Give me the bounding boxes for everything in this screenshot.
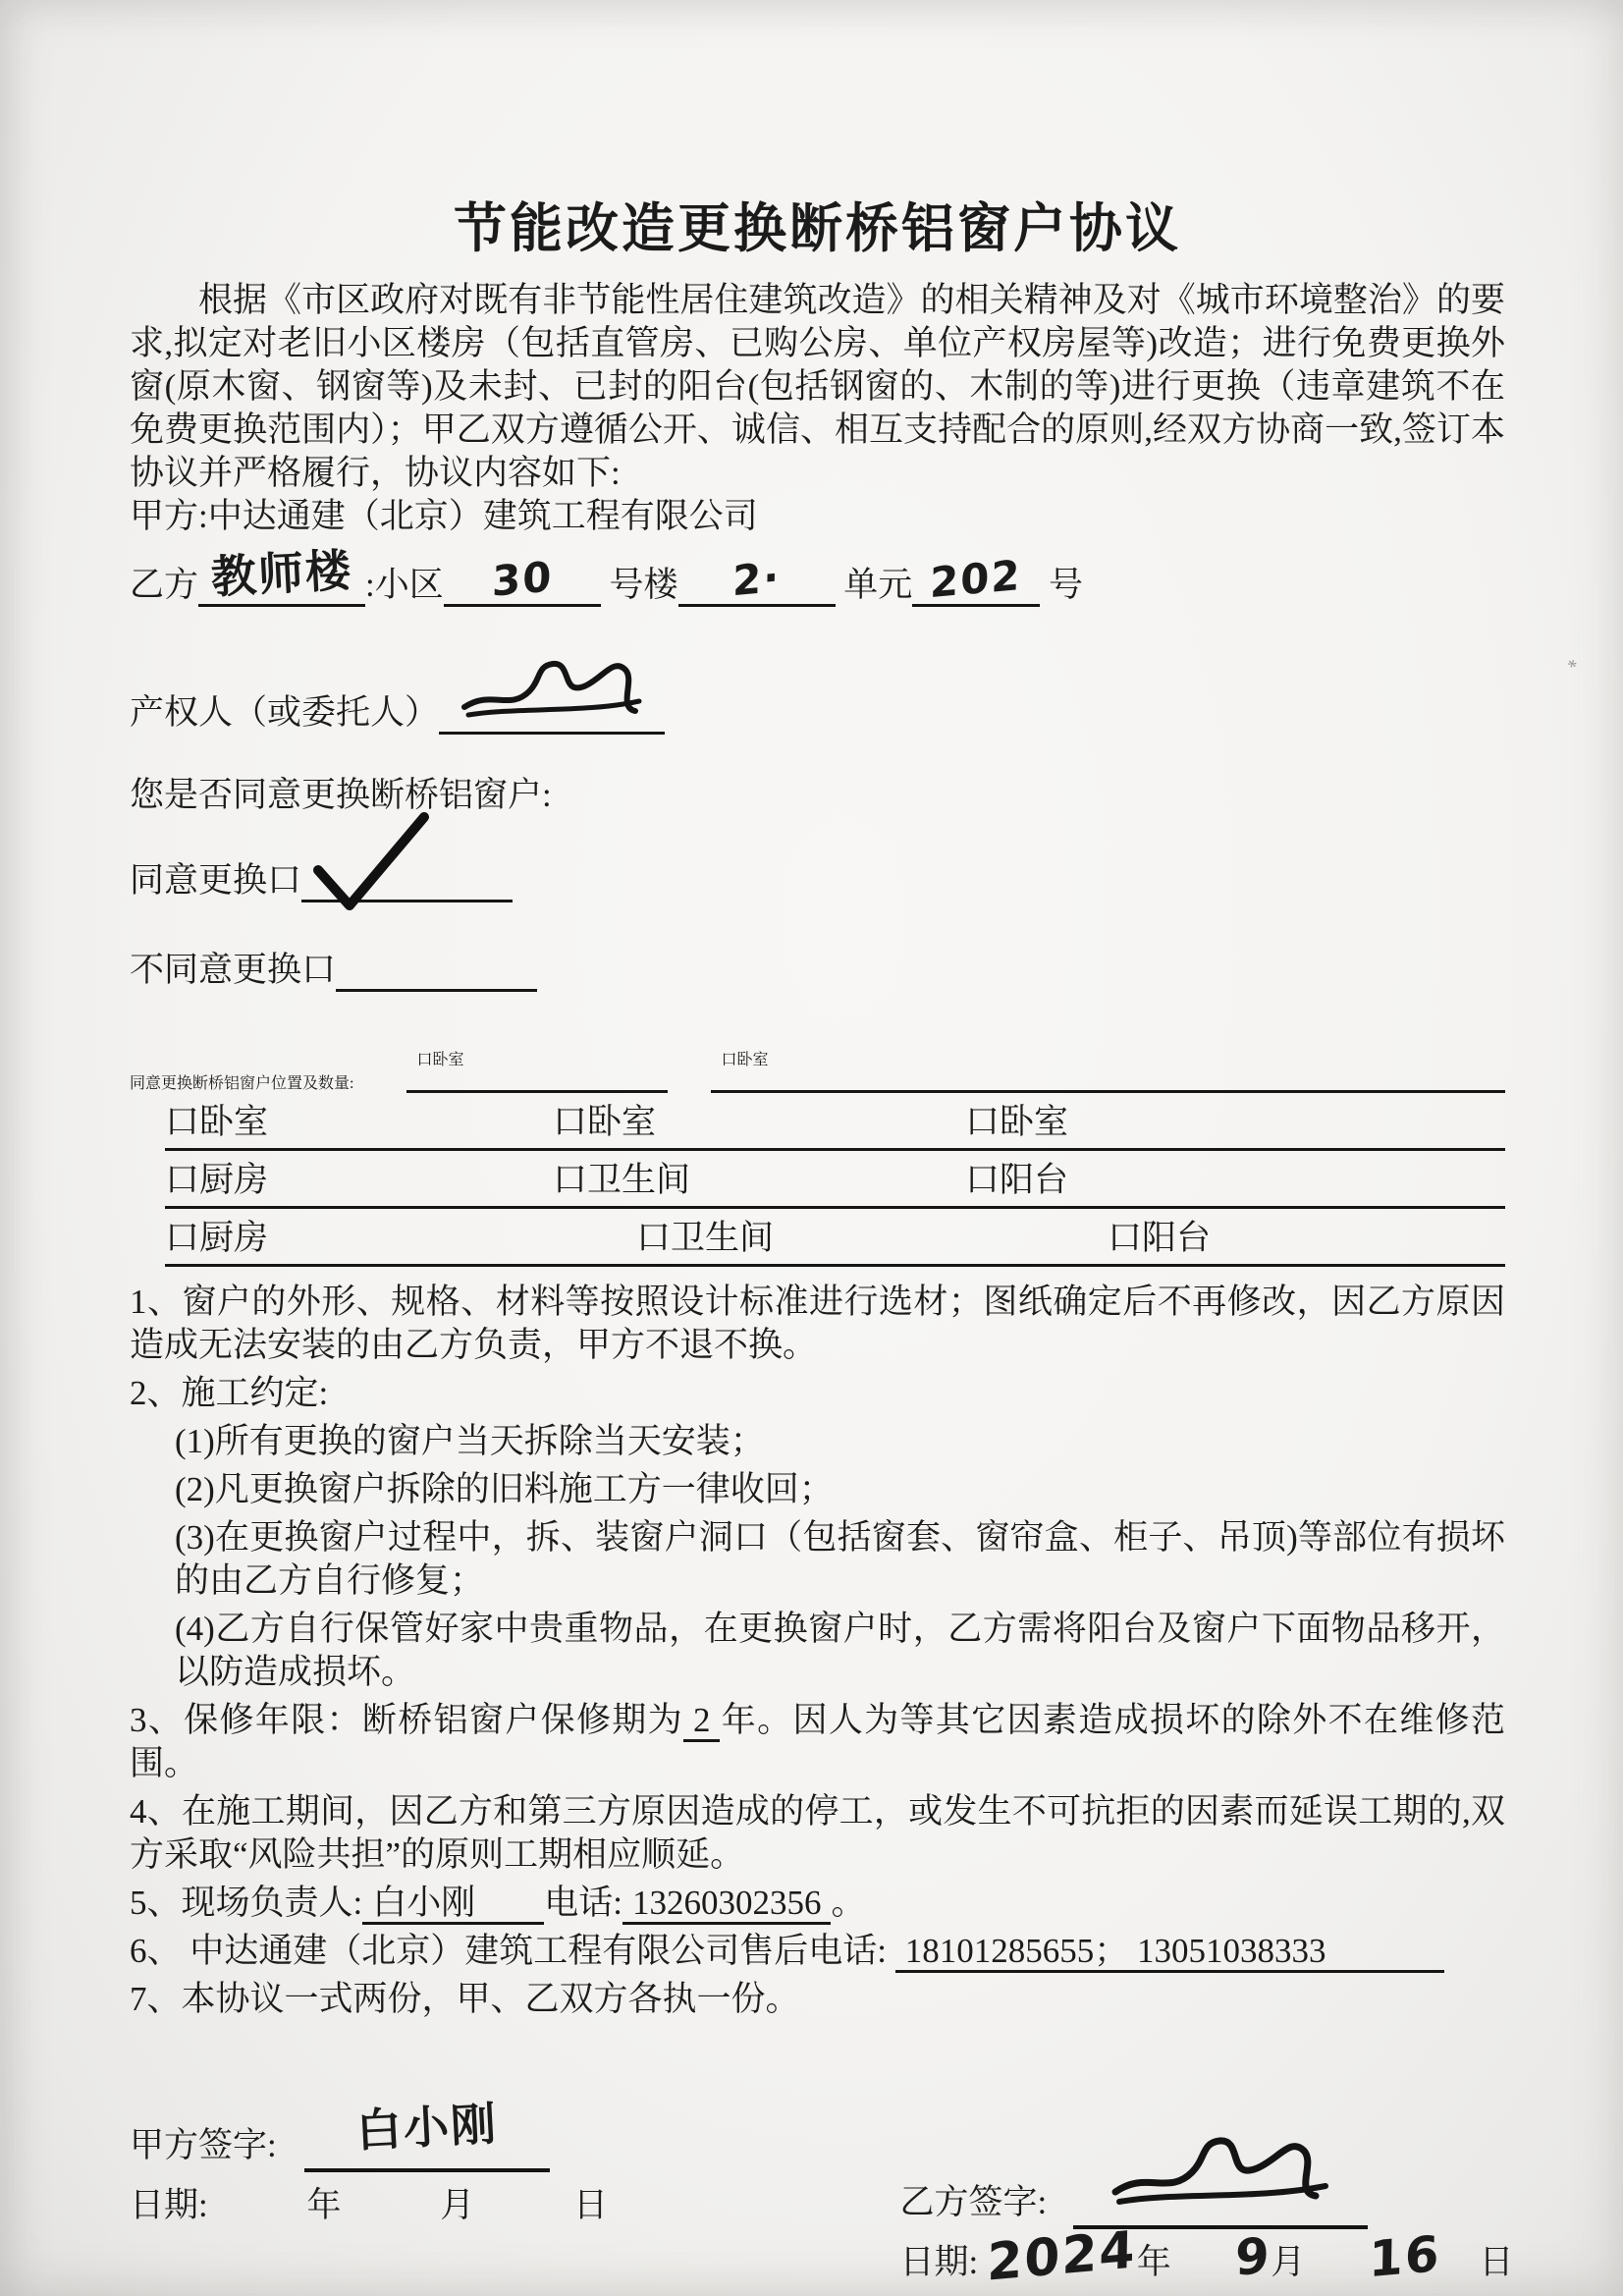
location-option: 口卧室 — [165, 1097, 553, 1151]
party-b-signature-row: 乙方签字: — [900, 2115, 1514, 2229]
party-a-date-row: 日期: 年 月 日 — [130, 2178, 900, 2233]
locations-heading-row: 同意更换断桥铝窗户位置及数量: 口卧室 口卧室 — [130, 1047, 1505, 1093]
disagree-blank — [336, 948, 537, 992]
clause-5: 5、现场负责人:白小刚电话:13260302356。 — [130, 1882, 1505, 1925]
locations-row-3: 口厨房 口卫生间 口阳台 — [130, 1213, 1505, 1267]
location-option: 口阳台 — [965, 1155, 1505, 1209]
clauses: 1、窗户的外形、规格、材料等按照设计标准进行选材；图纸确定后不再修改，因乙方原因… — [130, 1281, 1505, 2021]
month-label: 月 — [440, 2186, 474, 2224]
year-label: 年 — [306, 2186, 341, 2224]
site-manager-name: 白小刚 — [362, 1884, 544, 1925]
owner-line: 产权人（或委托人） — [130, 636, 1505, 735]
party-b-month-label: 月 — [1271, 2243, 1305, 2281]
party-a-signature-area: 甲方签字: 白小刚 日期: 年 月 日 — [130, 2115, 900, 2290]
community-suffix-label: :小区 — [365, 566, 444, 604]
clause-2-sub-2: (2)凡更换窗户拆除的旧料施工方一律收回； — [130, 1468, 1505, 1511]
party-b-signature-blank — [1073, 2115, 1368, 2229]
clause-2-sub-3: (3)在更换窗户过程中，拆、装窗户洞口（包括窗套、窗帘盒、柜子、吊顶)等部位有损… — [130, 1516, 1505, 1603]
clause-1: 1、窗户的外形、规格、材料等按照设计标准进行选材；图纸确定后不再修改，因乙方原因… — [130, 1281, 1505, 1367]
party-b-line: 乙方教师楼:小区30 号楼2· 单元202 号 — [130, 558, 1505, 607]
party-a-line: 甲方:中达通建（北京）建筑工程有限公司 — [130, 495, 1505, 538]
location-option-head-2: 口卧室 — [711, 1047, 1505, 1093]
clause-3-pre: 3、保修年限：断桥铝窗户保修期为 — [130, 1701, 683, 1739]
day-label: 日 — [573, 2186, 608, 2224]
warranty-years-value: 2 — [683, 1701, 721, 1742]
stray-pen-mark: * — [1562, 655, 1579, 680]
locations-row-1: 口卧室 口卧室 口卧室 — [130, 1097, 1505, 1151]
party-b-date-label: 日期: — [900, 2243, 979, 2281]
party-b-label: 乙方 — [130, 566, 198, 604]
disagree-label: 不同意更换口 — [130, 951, 336, 989]
clause-5-pre: 5、现场负责人: — [130, 1884, 362, 1922]
clause-3: 3、保修年限：断桥铝窗户保修期为2年。因人为等其它因素造成损坏的除外不在维修范围… — [130, 1699, 1505, 1785]
room-no-blank: 202 — [912, 561, 1040, 607]
community-handwritten: 教师楼 — [210, 550, 353, 596]
locations-row-2: 口厨房 口卫生间 口阳台 — [130, 1155, 1505, 1209]
signature-block: 甲方签字: 白小刚 日期: 年 月 日 乙方签字: 日期: 2024年 9月 1… — [130, 2115, 1505, 2290]
clause-7: 7、本协议一式两份，甲、乙双方各执一份。 — [130, 1978, 1505, 2021]
building-no-blank: 30 — [444, 561, 601, 607]
clause-4: 4、在施工期间，因乙方和第三方原因造成的停工，或发生不可抗拒的因素而延误工期的,… — [130, 1790, 1505, 1877]
room-suffix-label: 号 — [1049, 566, 1083, 604]
clause-6: 6、 中达通建（北京）建筑工程有限公司售后电话: 18101285655； 13… — [130, 1930, 1505, 1973]
owner-signature-blank — [439, 636, 665, 735]
unit-no-blank: 2· — [678, 561, 836, 607]
aftersales-phones: 18101285655； 13051038333 — [895, 1932, 1444, 1973]
room-no-handwritten: 202 — [930, 558, 1022, 601]
party-b-signature-label: 乙方签字: — [900, 2183, 1048, 2221]
agree-check-icon — [308, 807, 436, 926]
party-a-signature-row: 甲方签字: 白小刚 — [130, 2115, 900, 2172]
page-title: 节能改造更换断桥铝窗户协议 — [130, 201, 1505, 257]
location-option: 口卧室 — [965, 1097, 1505, 1151]
unit-label: 单元 — [843, 566, 912, 604]
building-label: 号楼 — [610, 566, 678, 604]
party-b-day-handwritten: 16 — [1369, 2235, 1441, 2277]
locations-heading: 同意更换断桥铝窗户位置及数量: — [130, 1070, 353, 1093]
location-option: 口厨房 — [165, 1213, 636, 1267]
intro-paragraph: 根据《市区政府对既有非节能性居住建筑改造》的相关精神及对《城市环境整治》的要求,… — [130, 279, 1505, 495]
building-no-handwritten: 30 — [491, 559, 553, 600]
party-b-date-row: 日期: 2024年 9月 16 日 — [900, 2235, 1514, 2290]
clause-2-sub-1: (1)所有更换的窗户当天拆除当天安装； — [130, 1420, 1505, 1463]
community-blank: 教师楼 — [198, 558, 365, 607]
party-a-signature-handwritten: 白小刚 — [356, 2104, 500, 2150]
party-b-month-handwritten: 9 — [1234, 2237, 1271, 2275]
owner-signature-scribble — [459, 650, 645, 745]
site-manager-phone: 13260302356 — [622, 1884, 832, 1925]
location-option-head-1: 口卧室 — [406, 1047, 668, 1093]
clause-5-mid: 电话: — [544, 1884, 622, 1922]
agree-label: 同意更换口 — [130, 861, 301, 900]
scanned-agreement-page: 节能改造更换断桥铝窗户协议 根据《市区政府对既有非节能性居住建筑改造》的相关精神… — [0, 0, 1623, 2296]
owner-label: 产权人（或委托人） — [130, 693, 439, 732]
location-option: 口卧室 — [553, 1097, 965, 1151]
party-a-date-label: 日期: — [130, 2186, 208, 2224]
unit-no-handwritten: 2· — [732, 559, 782, 598]
location-option: 口卫生间 — [553, 1155, 965, 1209]
disagree-line: 不同意更换口 — [130, 948, 1505, 992]
party-b-signature-scribble — [1108, 2129, 1333, 2239]
party-b-signature-area: 乙方签字: 日期: 2024年 9月 16 日 — [900, 2115, 1514, 2290]
party-b-day-label: 日 — [1479, 2243, 1513, 2281]
clause-5-post: 。 — [831, 1884, 865, 1922]
location-option: 口卫生间 — [636, 1213, 1108, 1267]
party-a-signature-label: 甲方签字: — [130, 2126, 277, 2164]
clause-6-pre: 6、 中达通建（北京）建筑工程有限公司售后电话: — [130, 1932, 887, 1970]
clause-2-heading: 2、施工约定: — [130, 1372, 1505, 1415]
party-b-year-handwritten: 2024 — [987, 2232, 1137, 2281]
party-b-year-label: 年 — [1137, 2243, 1171, 2281]
location-option: 口阳台 — [1108, 1213, 1505, 1267]
agree-line: 同意更换口 — [130, 858, 1505, 902]
party-a-signature-blank: 白小刚 — [304, 2115, 550, 2172]
clause-2-sub-4: (4)乙方自行保管好家中贵重物品，在更换窗户时，乙方需将阳台及窗户下面物品移开，… — [130, 1608, 1505, 1694]
location-option: 口厨房 — [165, 1155, 553, 1209]
